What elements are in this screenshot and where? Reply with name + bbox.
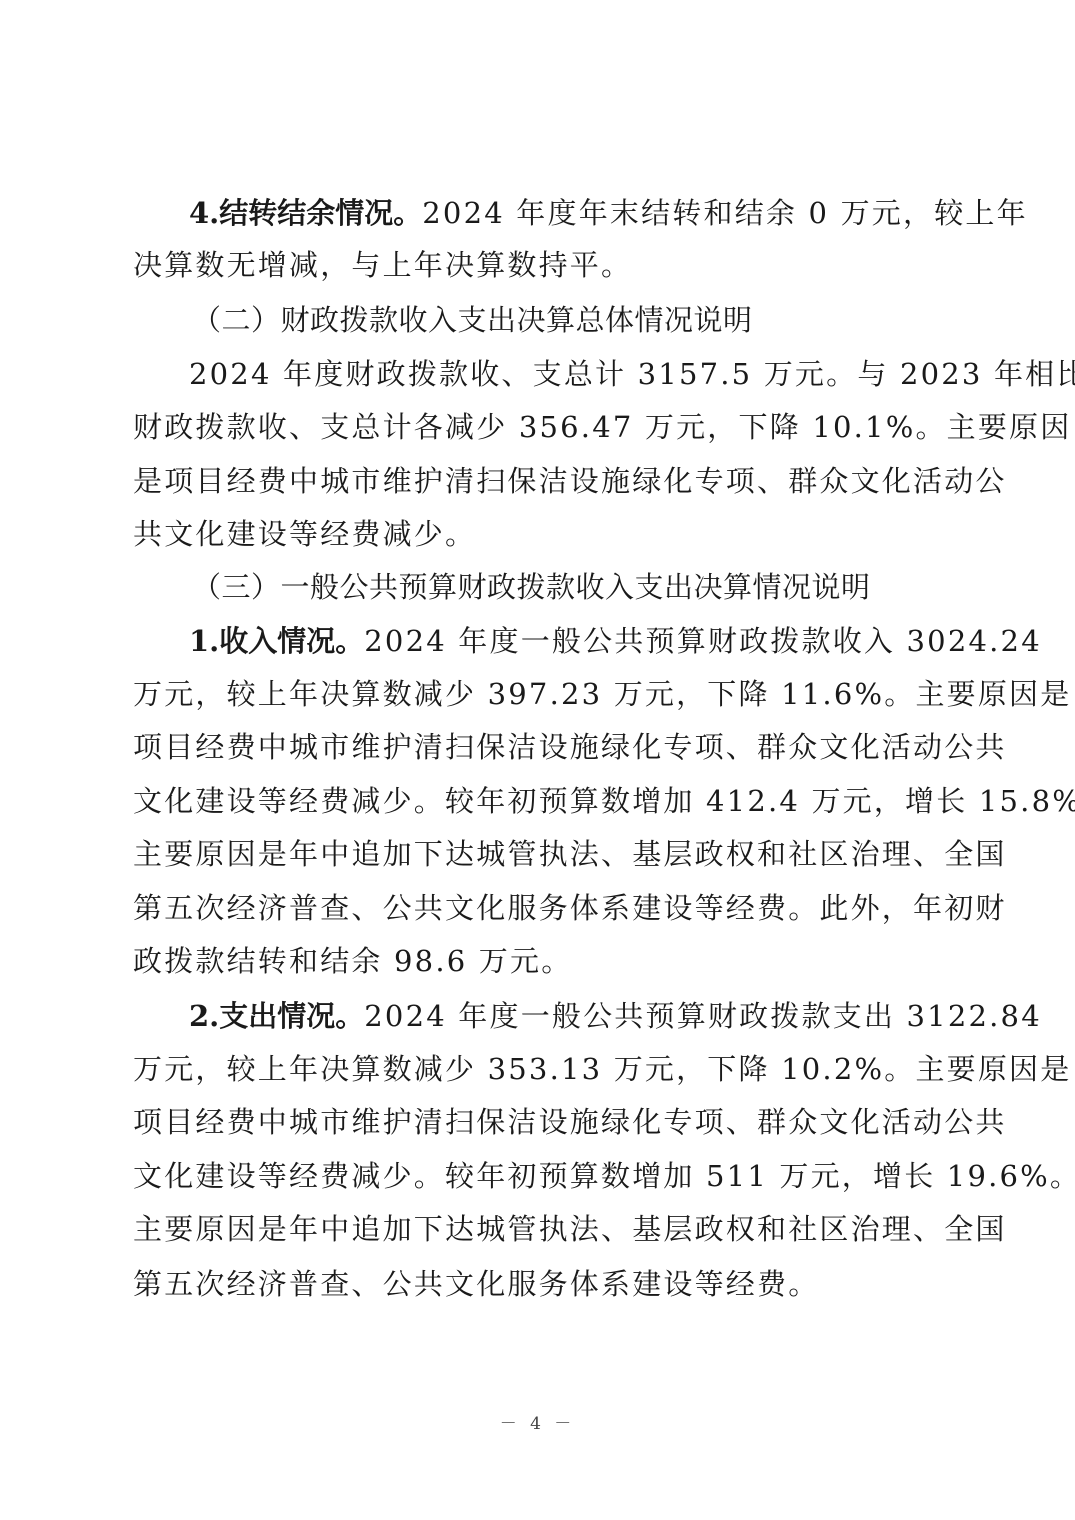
section-2-line-4: 共文化建设等经费减少。 [133,514,943,554]
section-3-heading: （三）一般公共预算财政拨款收入支出决算情况说明 [192,567,1002,607]
expenditure-line-2: 万元，较上年决算数减少 353.13 万元，下降 10.2%。主要原因是 [133,1049,943,1089]
section-2-line-2: 财政拨款收、支总计各减少 356.47 万元，下降 10.1%。主要原因 [133,407,943,447]
expenditure-line-5: 主要原因是年中追加下达城管执法、基层政权和社区治理、全国 [133,1209,943,1249]
income-line-7: 政拨款结转和结余 98.6 万元。 [133,941,943,981]
expenditure-line-6: 第五次经济普查、公共文化服务体系建设等经费。 [133,1264,943,1304]
page-number: － 4 － [0,1409,1075,1434]
document-page: 4.结转结余情况。2024 年度年末结转和结余 0 万元，较上年 决算数无增减，… [0,0,1075,1520]
expenditure-line-4: 文化建设等经费减少。较年初预算数增加 511 万元，增长 19.6%。 [133,1156,943,1196]
income-line-1: 1.收入情况。2024 年度一般公共预算财政拨款收入 3024.24 [189,621,943,661]
section-4-line-2: 决算数无增减，与上年决算数持平。 [133,245,943,285]
income-line-3: 项目经费中城市维护清扫保洁设施绿化专项、群众文化活动公共 [133,727,943,767]
expenditure-title: 2.支出情况。 [189,999,364,1033]
expenditure-line-3: 项目经费中城市维护清扫保洁设施绿化专项、群众文化活动公共 [133,1102,943,1142]
section-2-line-3: 是项目经费中城市维护清扫保洁设施绿化专项、群众文化活动公 [133,461,943,501]
expenditure-line-1: 2.支出情况。2024 年度一般公共预算财政拨款支出 3122.84 [189,996,943,1036]
section-2-line-1: 2024 年度财政拨款收、支总计 3157.5 万元。与 2023 年相比， [189,354,943,394]
section-2-heading: （二）财政拨款收入支出决算总体情况说明 [192,300,1002,340]
income-title: 1.收入情况。 [189,624,364,658]
income-line-4: 文化建设等经费减少。较年初预算数增加 412.4 万元，增长 15.8%。 [133,781,943,821]
section-4-line-1: 4.结转结余情况。2024 年度年末结转和结余 0 万元，较上年 [189,193,943,233]
income-text: 2024 年度一般公共预算财政拨款收入 3024.24 [364,624,1042,658]
expenditure-text: 2024 年度一般公共预算财政拨款支出 3122.84 [364,999,1042,1033]
section-4-title: 4.结转结余情况。 [189,196,422,230]
section-4-text: 2024 年度年末结转和结余 0 万元，较上年 [422,196,1028,230]
income-line-2: 万元，较上年决算数减少 397.23 万元，下降 11.6%。主要原因是 [133,674,943,714]
income-line-5: 主要原因是年中追加下达城管执法、基层政权和社区治理、全国 [133,834,943,874]
income-line-6: 第五次经济普查、公共文化服务体系建设等经费。此外，年初财 [133,888,943,928]
